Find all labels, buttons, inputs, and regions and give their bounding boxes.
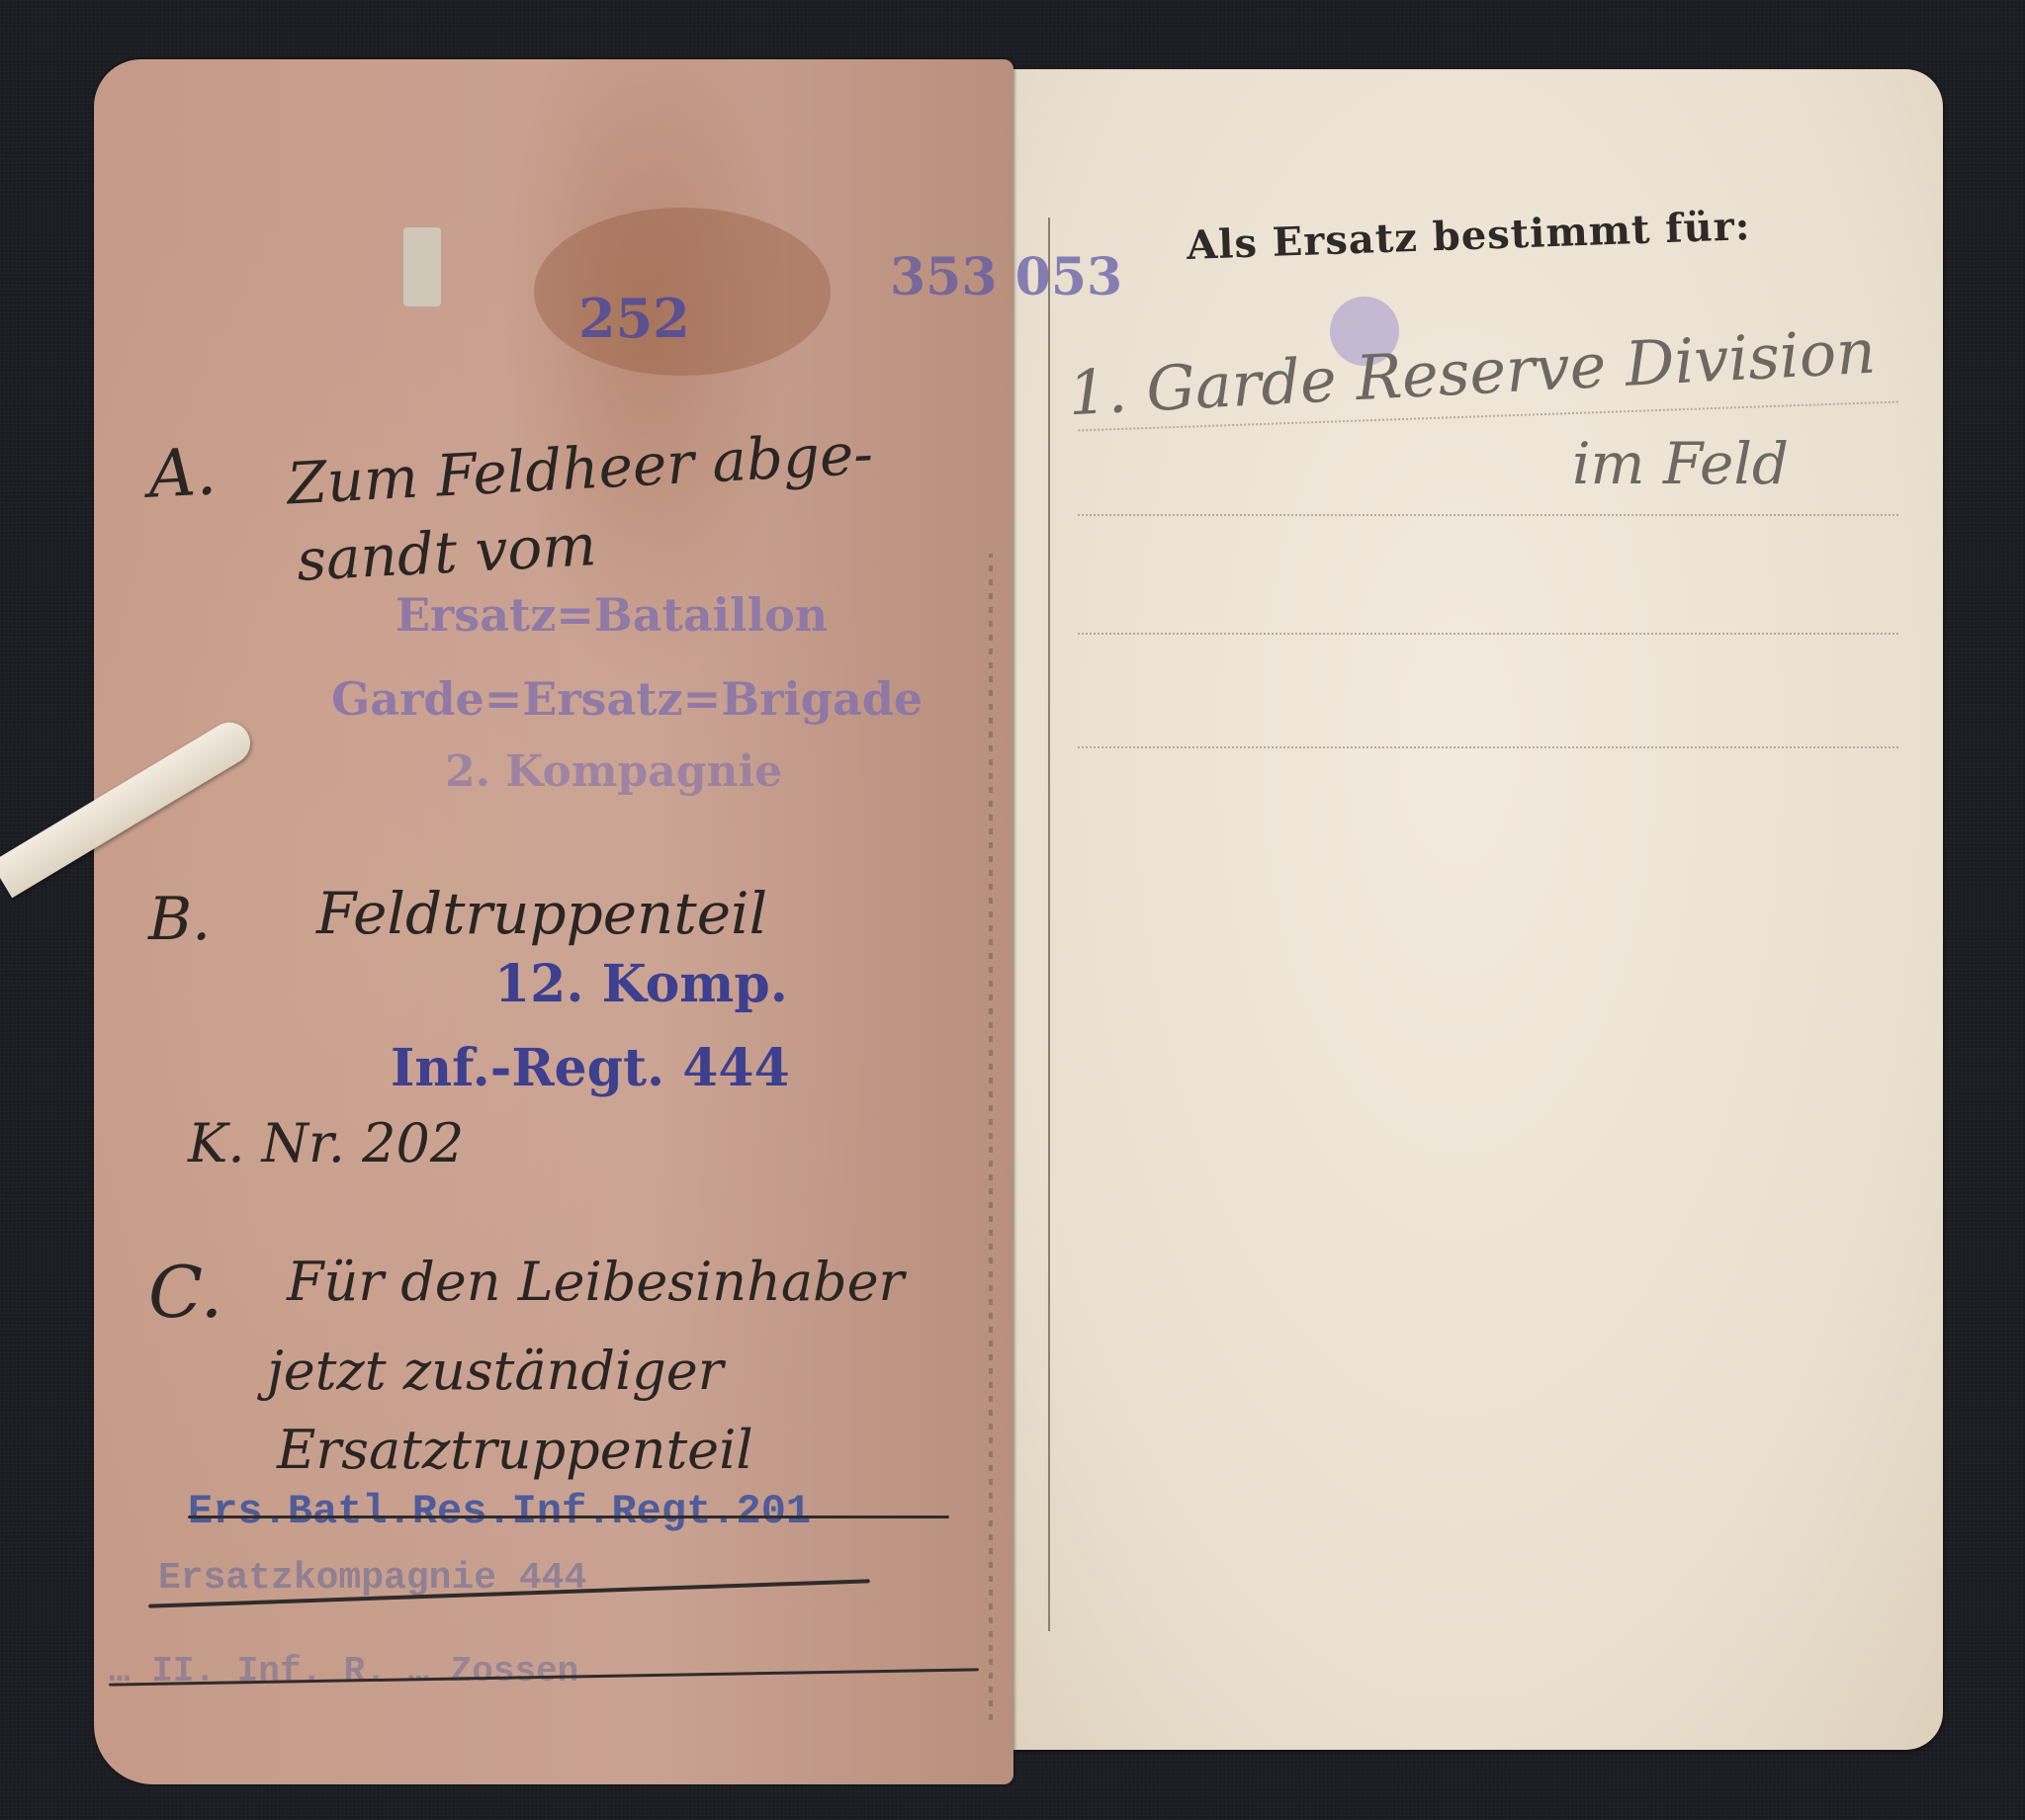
stamp-inf-regt-444: Inf.-Regt. 444 [391,1038,790,1098]
section-b-handwriting: Feldtruppenteil [316,880,767,947]
open-paybook: 252 353 053 A. Zum Feldheer abge- sandt … [0,0,2025,1820]
section-c-handwriting-2: jetzt zuständiger [267,1340,724,1402]
section-c-label: C. [148,1251,222,1334]
dotted-entry-line [1078,633,1898,635]
stamp-2-kompagnie: 2. Kompagnie [445,746,782,797]
section-c-handwriting-3: Ersatztruppenteil [277,1419,753,1481]
stamp-garde-ersatz-brigade: Garde=Ersatz=Brigade [331,672,923,726]
struck-stamp-zossen: … II. Inf. R. … Zossen [109,1651,578,1691]
typed-stamp-ers-batl: Ers.Batl.Res.Inf.Regt.201 [188,1488,811,1535]
dotted-entry-line [1078,514,1898,516]
stamp-number-top-right: 353 053 [890,247,1122,307]
section-c-handwriting-1: Für den Leibesinhaber [287,1251,904,1313]
binding-stitches [989,554,993,1720]
handwritten-k-nr: K. Nr. 202 [188,1112,464,1174]
dotted-entry-line [1078,746,1898,748]
section-a-label: A. [146,433,219,512]
stamp-ersatz-bataillon: Ersatz=Bataillon [396,588,828,642]
handwritten-im-feld: im Feld [1572,430,1789,497]
stamp-12-komp: 12. Komp. [494,954,788,1014]
section-b-label: B. [148,885,211,954]
paper-damage [403,227,441,306]
stamp-number-top: 252 [578,287,690,350]
page-margin-rule [1048,217,1050,1631]
strikethrough-line [188,1516,949,1518]
